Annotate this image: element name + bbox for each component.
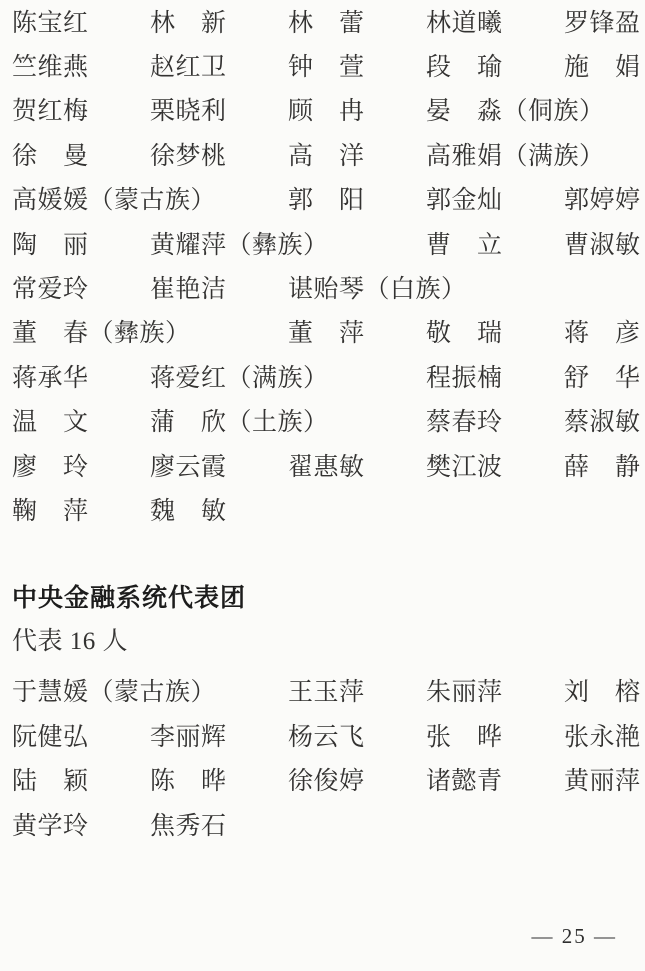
delegation-heading: 中央金融系统代表团 (12, 576, 645, 620)
delegate-name: 栗晓利 (150, 99, 288, 124)
name-row: 董 春（彝族）董 萍敬 瑞蒋 彦 (12, 312, 645, 356)
name-row: 徐 曼徐梦桃高 洋高雅娟（满族） (12, 134, 645, 178)
delegate-name: 蒋承华 (12, 366, 150, 391)
delegate-name: 施 娟 (564, 55, 645, 80)
name-row: 陆 颖陈 晔徐俊婷诸懿青黄丽萍 (12, 759, 645, 803)
name-row: 高媛媛（蒙古族）郭 阳郭金灿郭婷婷 (12, 179, 645, 223)
delegate-name: 郭婷婷 (564, 188, 645, 213)
document-page: 陈宝红林 新林 蕾林道曦罗锋盈竺维燕赵红卫钟 萱段 瑜施 娟贺红梅栗晓利顾 冉晏… (0, 0, 645, 971)
delegate-count-line: 代表 16 人 (12, 620, 645, 664)
delegate-name: 阮健弘 (12, 725, 150, 750)
delegate-name: 陆 颖 (12, 769, 150, 794)
delegate-name: 薛 静 (564, 455, 645, 480)
delegate-name: 廖 玲 (12, 455, 150, 480)
delegate-name: 徐 曼 (12, 144, 150, 169)
delegate-name: 蒲 欣（土族） (150, 410, 426, 435)
delegate-name: 林 蕾 (288, 11, 426, 36)
delegate-name: 竺维燕 (12, 55, 150, 80)
delegate-name: 陶 丽 (12, 233, 150, 258)
delegate-name: 黄耀萍（彝族） (150, 233, 426, 258)
delegate-name: 曹 立 (426, 233, 564, 258)
delegate-name: 董 萍 (288, 321, 426, 346)
delegate-name: 翟惠敏 (288, 455, 426, 480)
delegate-name: 钟 萱 (288, 55, 426, 80)
delegate-name: 廖云霞 (150, 455, 288, 480)
name-row: 陈宝红林 新林 蕾林道曦罗锋盈 (12, 1, 645, 45)
delegate-name: 晏 淼（侗族） (426, 99, 645, 124)
delegate-name: 敬 瑞 (426, 321, 564, 346)
name-row: 贺红梅栗晓利顾 冉晏 淼（侗族） (12, 90, 645, 134)
delegate-name: 黄丽萍 (564, 769, 645, 794)
delegate-name: 郭 阳 (288, 188, 426, 213)
delegate-name: 王玉萍 (288, 680, 426, 705)
delegate-name: 董 春（彝族） (12, 321, 288, 346)
delegate-name: 贺红梅 (12, 99, 150, 124)
delegate-name: 程振楠 (426, 366, 564, 391)
delegate-name: 蒋爱红（满族） (150, 366, 426, 391)
delegate-name: 段 瑜 (426, 55, 564, 80)
name-row: 陶 丽黄耀萍（彝族）曹 立曹淑敏 (12, 223, 645, 267)
name-row: 廖 玲廖云霞翟惠敏樊江波薛 静 (12, 445, 645, 489)
name-row: 蒋承华蒋爱红（满族）程振楠舒 华 (12, 356, 645, 400)
delegate-name: 蔡春玲 (426, 410, 564, 435)
delegate-name: 蒋 彦 (564, 321, 645, 346)
delegate-name: 徐梦桃 (150, 144, 288, 169)
delegate-name: 黄学玲 (12, 814, 150, 839)
delegate-name: 郭金灿 (426, 188, 564, 213)
delegate-name: 林 新 (150, 11, 288, 36)
delegate-name: 李丽辉 (150, 725, 288, 750)
delegate-name: 张 晔 (426, 725, 564, 750)
delegate-name: 刘 榕 (564, 680, 645, 705)
page-number: — 25 — (532, 924, 618, 949)
delegate-name: 常爱玲 (12, 277, 150, 302)
delegate-name: 曹淑敏 (564, 233, 645, 258)
delegate-name: 徐俊婷 (288, 769, 426, 794)
delegate-name: 林道曦 (426, 11, 564, 36)
name-row: 鞠 萍魏 敏 (12, 489, 645, 533)
delegate-name: 魏 敏 (150, 499, 288, 524)
name-row: 竺维燕赵红卫钟 萱段 瑜施 娟 (12, 45, 645, 89)
delegate-name: 罗锋盈 (564, 11, 645, 36)
delegate-name: 高雅娟（满族） (426, 144, 645, 169)
name-row: 阮健弘李丽辉杨云飞张 晔张永滟 (12, 715, 645, 759)
name-row: 温 文蒲 欣（土族）蔡春玲蔡淑敏 (12, 401, 645, 445)
delegate-name: 张永滟 (564, 725, 645, 750)
delegate-name-list-top: 陈宝红林 新林 蕾林道曦罗锋盈竺维燕赵红卫钟 萱段 瑜施 娟贺红梅栗晓利顾 冉晏… (12, 1, 645, 534)
delegate-name: 樊江波 (426, 455, 564, 480)
delegate-name: 焦秀石 (150, 814, 288, 839)
name-row: 黄学玲焦秀石 (12, 804, 645, 848)
delegate-name: 赵红卫 (150, 55, 288, 80)
delegate-name: 朱丽萍 (426, 680, 564, 705)
name-row: 于慧媛（蒙古族）王玉萍朱丽萍刘 榕 (12, 671, 645, 715)
delegate-name: 舒 华 (564, 366, 645, 391)
delegate-name: 陈宝红 (12, 11, 150, 36)
delegate-name: 顾 冉 (288, 99, 426, 124)
name-row: 常爱玲崔艳洁谌贻琴（白族） (12, 267, 645, 311)
delegate-name: 温 文 (12, 410, 150, 435)
delegate-name: 鞠 萍 (12, 499, 150, 524)
delegate-name: 杨云飞 (288, 725, 426, 750)
delegation-name-list: 于慧媛（蒙古族）王玉萍朱丽萍刘 榕阮健弘李丽辉杨云飞张 晔张永滟陆 颖陈 晔徐俊… (12, 671, 645, 849)
delegate-name: 崔艳洁 (150, 277, 288, 302)
delegate-name: 陈 晔 (150, 769, 288, 794)
delegate-name: 高 洋 (288, 144, 426, 169)
delegate-name: 诸懿青 (426, 769, 564, 794)
delegate-name: 蔡淑敏 (564, 410, 645, 435)
delegate-name: 高媛媛（蒙古族） (12, 188, 288, 213)
delegate-name: 于慧媛（蒙古族） (12, 680, 288, 705)
delegate-name: 谌贻琴（白族） (288, 277, 564, 302)
